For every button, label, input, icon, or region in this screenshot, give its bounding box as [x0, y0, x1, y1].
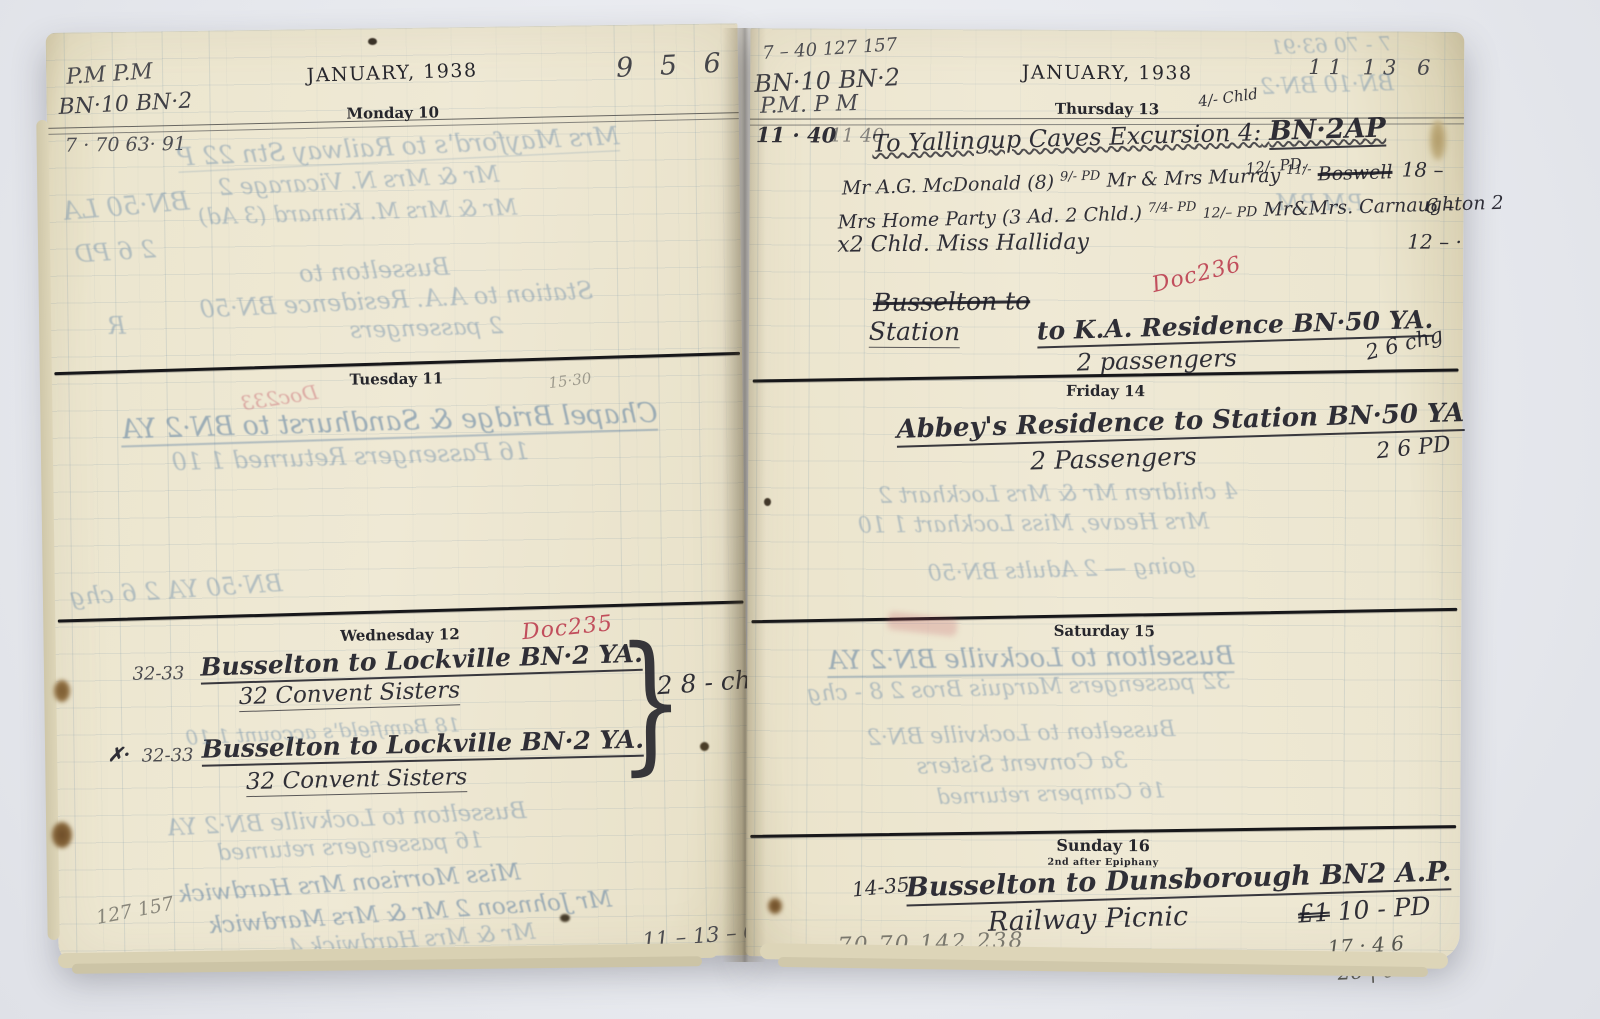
bleedthrough-text: 3a Convent Sisters	[916, 748, 1128, 779]
entry-names: Mr A.G. McDonald (8)	[841, 171, 1054, 199]
stain	[1430, 120, 1446, 160]
corner-figures: 9 5 6	[615, 47, 730, 84]
stain	[52, 822, 72, 848]
column-line	[613, 25, 627, 957]
entry-mark: ✗·	[107, 744, 130, 766]
day-label-sunday: Sunday 16	[746, 834, 1460, 857]
entry-amount: £1 10 - PD	[1297, 891, 1431, 929]
entry-station: Station	[869, 317, 960, 348]
entry-fee: 11/-	[1286, 162, 1312, 178]
entry-route-code: BN·2AP	[1268, 113, 1386, 150]
entry-detail: 32 Convent Sisters	[238, 677, 460, 712]
entry-time: 11 · 40	[756, 122, 837, 147]
brace: }	[616, 622, 685, 783]
column-line	[1393, 32, 1399, 960]
doc-stamp: Doc236	[1149, 252, 1244, 298]
stain	[560, 914, 570, 922]
bleedthrough-text: Mrs Heave, Miss Lockhart 1 10	[858, 509, 1210, 538]
stain	[768, 898, 782, 914]
pencil-note: 15·30	[548, 369, 593, 392]
entry-names: Mr&Mrs. Carnaughton 2	[1263, 192, 1504, 221]
entry-amount: 6 –	[1425, 194, 1454, 218]
entry-line4: x2 Chld. Miss Halliday	[837, 230, 1089, 258]
entry-detail: 32 Convent Sisters	[246, 764, 468, 797]
entry-fee: 12/– PD	[1203, 204, 1258, 222]
bleedthrough-text: going — 2 Adults BN·50	[927, 554, 1196, 587]
bleedthrough-text: BN·50 YA 2 6 chg	[69, 569, 284, 611]
bleedthrough-text: 2 6 PD	[74, 235, 157, 268]
margin-row-figures: 7 · 70 63· 91	[65, 133, 186, 157]
day-label-saturday: Saturday 15	[747, 620, 1461, 642]
entry-amount: 2 6 PD	[1375, 432, 1452, 464]
column-line	[861, 29, 867, 957]
bleedthrough-text: 2 passengers	[349, 313, 503, 344]
stain	[764, 498, 771, 506]
amount-crossed: £1	[1297, 898, 1331, 929]
column-line	[653, 24, 667, 956]
bleedthrough-text: Mr & Mrs M. Kinnard (3 Ad)	[198, 196, 518, 231]
entry-fee: 9/- PD	[1060, 169, 1101, 185]
bleedthrough-text: R	[107, 312, 125, 340]
column-line	[806, 28, 812, 956]
entry-amount: 12 – ·	[1407, 230, 1462, 254]
diary-left-page: P.M P.M BN·10 BN·2 JANUARY, 1938 9 5 6 7…	[46, 23, 751, 965]
amount-paid: 10 - PD	[1337, 891, 1432, 926]
bleedthrough-text: 7 - 70 63·91	[1270, 31, 1392, 59]
entry-names: Mrs Home Party (3 Ad. 2 Chld.)	[837, 203, 1142, 234]
bleedthrough-text: 16 Campers returned	[936, 778, 1166, 809]
entry-detail: 2 Passengers	[1030, 442, 1197, 476]
bleedthrough-text: BN·10 BN·2	[1260, 71, 1394, 100]
photo-of-open-diary: { "colors": { "paper": "#ece6d0", "paper…	[0, 0, 1600, 1019]
bleedthrough-text: BN·50 LA	[61, 186, 191, 227]
stain	[54, 680, 70, 702]
bleedthrough-text: Busselton to	[298, 253, 450, 288]
entry-amount: 18 –	[1402, 158, 1444, 182]
bleedthrough-text: 4 children Mr & Mrs Lockhart 2	[878, 480, 1238, 509]
stain	[700, 742, 709, 751]
bleedthrough-text: Chapel Bridge & Sandhurst to BN·2 YA	[121, 398, 658, 448]
day-label-friday: Friday 14	[748, 380, 1462, 402]
entry-name-crossed: Boswell	[1317, 161, 1392, 185]
stain	[368, 38, 377, 45]
entry-ref: 32-33	[132, 663, 184, 685]
bleedthrough-text: Busselton to Lockville BN·2	[866, 717, 1175, 751]
entry-route-crossed: Busselton to	[873, 286, 1031, 317]
diary-right-page: 7 – 40 127 157 BN·10 BN·2 JANUARY, 1938 …	[746, 28, 1465, 960]
entry-fee: 7/4- PD	[1148, 200, 1197, 216]
entry-line3: Mrs Home Party (3 Ad. 2 Chld.) 7/4- PD 1…	[837, 190, 1504, 233]
column-line	[693, 24, 707, 956]
column-line	[112, 32, 126, 964]
entry-time: 14-35	[851, 872, 911, 902]
corner-pencil-figures: 127 157	[94, 893, 175, 929]
column-line	[754, 28, 760, 956]
entry-names: Mr & Mrs Murray	[1106, 165, 1280, 192]
